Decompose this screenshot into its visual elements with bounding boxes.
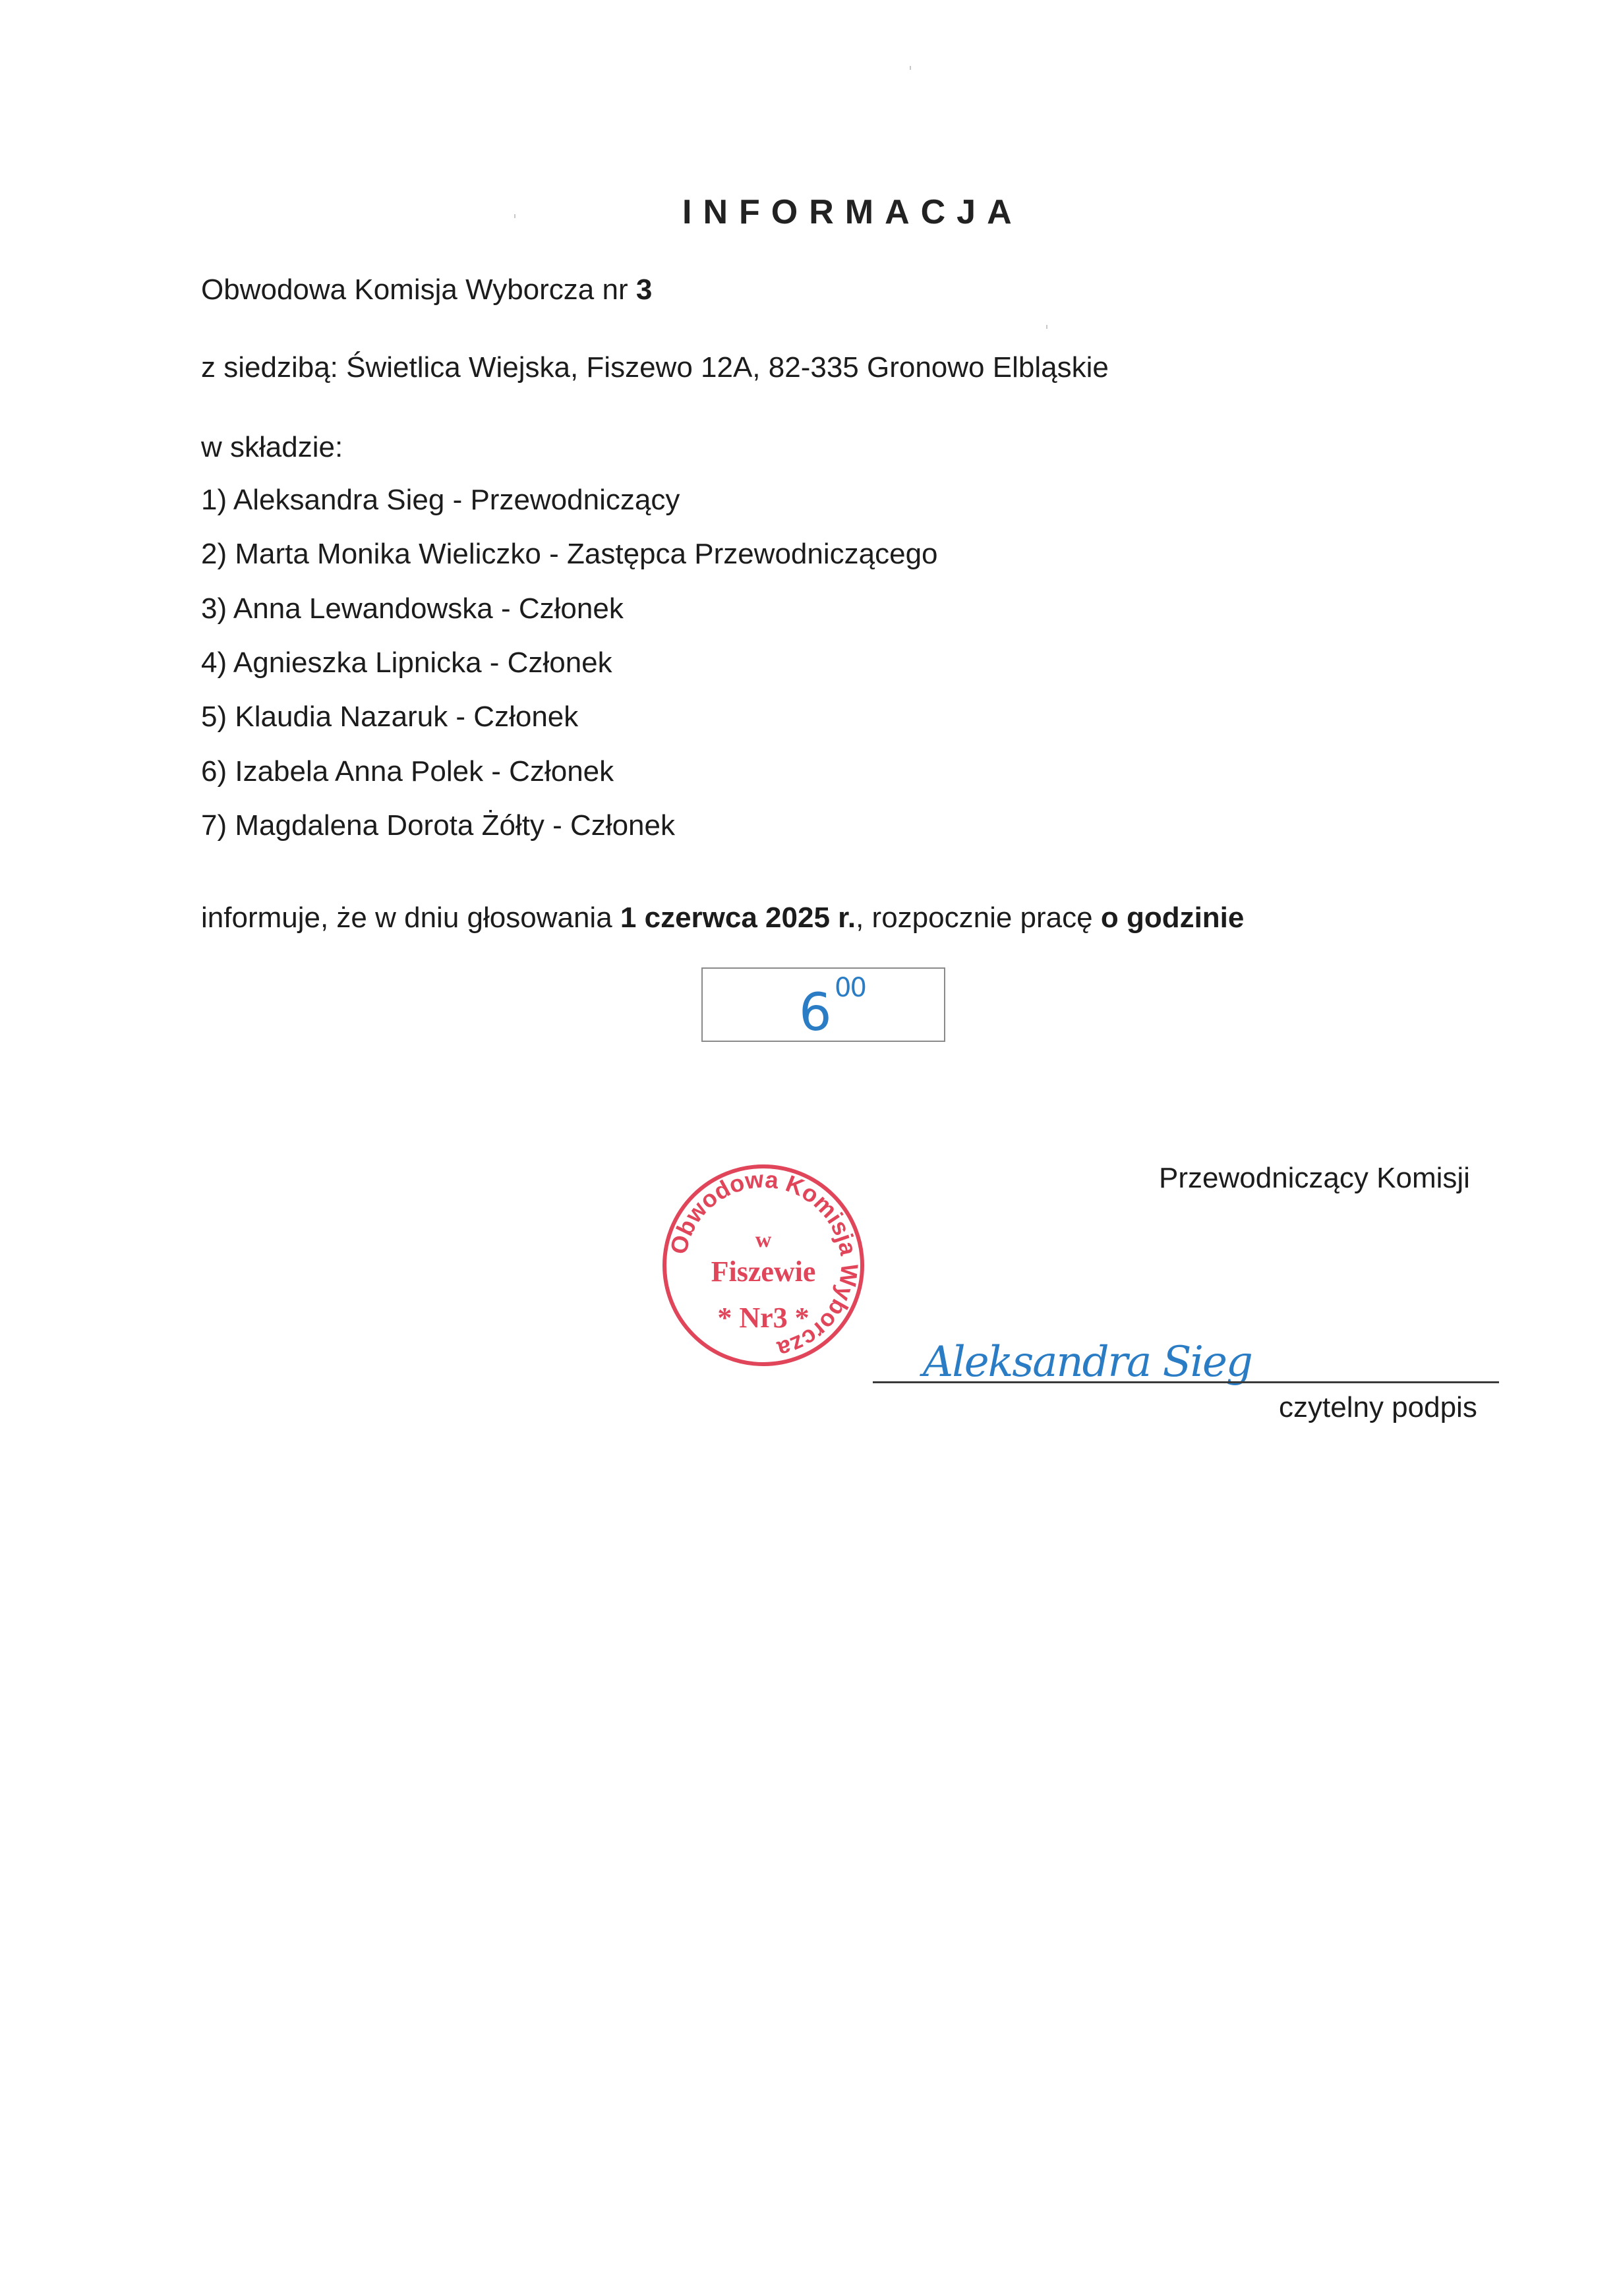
scan-speck	[1046, 325, 1047, 329]
svg-text:w: w	[755, 1228, 772, 1252]
start-minutes: 00	[835, 973, 866, 1003]
scan-speck	[910, 66, 911, 70]
signature-caption: czytelny podpis	[1279, 1393, 1477, 1422]
member-item: 6) Izabela Anna Polek - Członek	[201, 757, 614, 786]
svg-text:Fiszewie: Fiszewie	[711, 1255, 816, 1288]
chair-label: Przewodniczący Komisji	[1159, 1164, 1470, 1193]
info-text-2: , rozpocznie pracę	[856, 902, 1101, 934]
member-item: 3) Anna Lewandowska - Członek	[201, 594, 624, 623]
committee-line: Obwodowa Komisja Wyborcza nr 3	[201, 275, 652, 304]
committee-number: 3	[636, 273, 652, 306]
composition-label: w składzie:	[201, 433, 343, 462]
start-hour: 6	[799, 983, 832, 1043]
member-item: 1) Aleksandra Sieg - Przewodniczący	[201, 486, 680, 515]
committee-stamp: Obwodowa Komisja Wyborcza w Fiszewie * N…	[659, 1161, 868, 1369]
scan-speck	[514, 214, 515, 218]
document-title: INFORMACJA	[682, 192, 1023, 232]
signature-line	[873, 1381, 1499, 1383]
election-date: 1 czerwca 2025 r.	[620, 902, 856, 934]
committee-prefix: Obwodowa Komisja Wyborcza nr	[201, 273, 636, 306]
member-item: 5) Klaudia Nazaruk - Członek	[201, 703, 578, 732]
member-item: 2) Marta Monika Wieliczko - Zastępca Prz…	[201, 540, 938, 569]
seat-line: z siedzibą: Świetlica Wiejska, Fiszewo 1…	[201, 353, 1109, 382]
info-sentence: informuje, że w dniu głosowania 1 czerwc…	[201, 904, 1244, 933]
member-item: 7) Magdalena Dorota Żółty - Członek	[201, 811, 675, 840]
member-item: 4) Agnieszka Lipnicka - Członek	[201, 648, 612, 677]
svg-text:* Nr3 *: * Nr3 *	[717, 1302, 809, 1334]
info-text-1: informuje, że w dniu głosowania	[201, 902, 620, 934]
start-time-box: 6 00	[701, 967, 945, 1042]
info-text-3: o godzinie	[1101, 902, 1245, 934]
signature: Aleksandra Sieg	[923, 1338, 1252, 1387]
